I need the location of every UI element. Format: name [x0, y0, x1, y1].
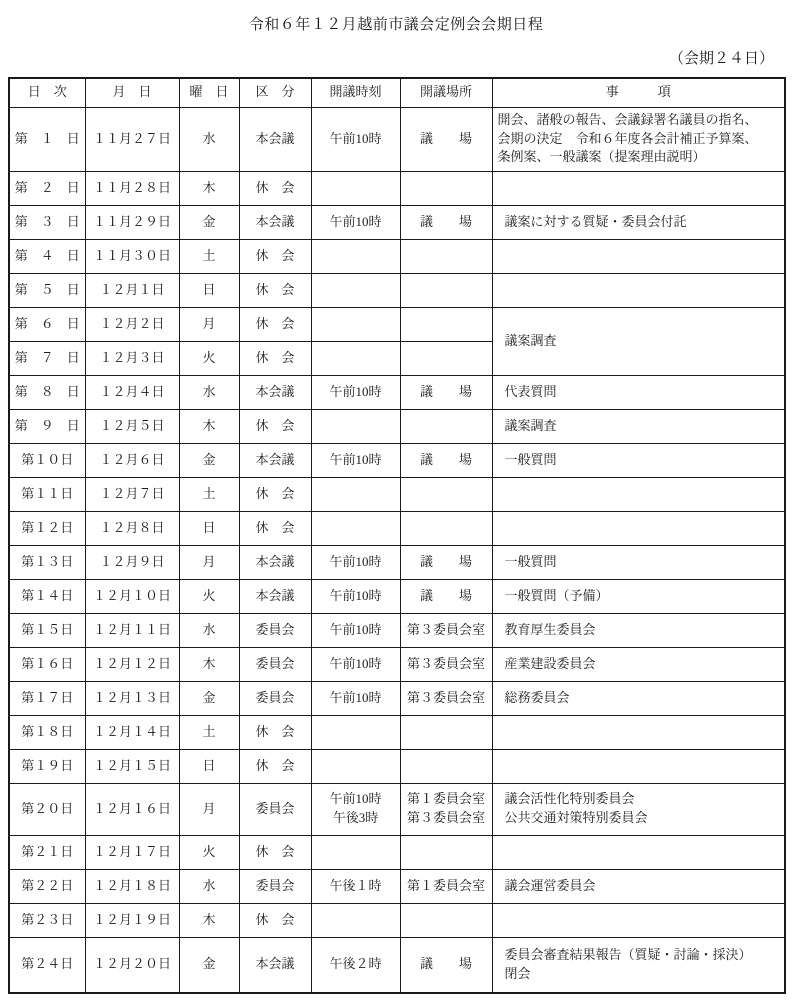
table-row: 第１１日１２月７日土休 会	[9, 477, 785, 511]
cell-place: 第１委員会室 第３委員会室	[400, 783, 492, 835]
session-length-note: （会期２４日）	[0, 47, 792, 68]
cell-day: 第１２日	[9, 511, 85, 545]
cell-place: 議 場	[400, 937, 492, 993]
cell-date: １２月４日	[85, 375, 179, 409]
cell-category: 休 会	[239, 903, 311, 937]
cell-agenda: 産業建設委員会	[492, 647, 785, 681]
cell-day: 第１１日	[9, 477, 85, 511]
cell-category: 休 会	[239, 749, 311, 783]
cell-day: 第１７日	[9, 681, 85, 715]
column-header-category: 区 分	[239, 78, 311, 107]
cell-day: 第 ４ 日	[9, 239, 85, 273]
cell-time: 午前10時	[311, 579, 400, 613]
cell-agenda	[492, 171, 785, 205]
cell-weekday: 日	[179, 273, 239, 307]
cell-weekday: 月	[179, 307, 239, 341]
cell-category: 本会議	[239, 937, 311, 993]
cell-place	[400, 239, 492, 273]
cell-weekday: 水	[179, 869, 239, 903]
cell-time	[311, 511, 400, 545]
cell-place	[400, 749, 492, 783]
table-row: 第１３日１２月９日月本会議午前10時議 場一般質問	[9, 545, 785, 579]
cell-day: 第 ３ 日	[9, 205, 85, 239]
cell-category: 本会議	[239, 443, 311, 477]
cell-day: 第 ８ 日	[9, 375, 85, 409]
cell-weekday: 日	[179, 749, 239, 783]
cell-date: １２月５日	[85, 409, 179, 443]
table-row: 第１６日１２月１２日木委員会午前10時第３委員会室産業建設委員会	[9, 647, 785, 681]
cell-day: 第 ７ 日	[9, 341, 85, 375]
cell-weekday: 火	[179, 579, 239, 613]
cell-weekday: 金	[179, 205, 239, 239]
cell-category: 休 会	[239, 835, 311, 869]
cell-day: 第１０日	[9, 443, 85, 477]
cell-agenda	[492, 239, 785, 273]
cell-weekday: 金	[179, 937, 239, 993]
table-row: 第 １ 日１１月２７日水本会議午前10時議 場開会、諸般の報告、会議録署名議員の…	[9, 107, 785, 171]
cell-place: 議 場	[400, 579, 492, 613]
cell-day: 第１６日	[9, 647, 85, 681]
table-row: 第１４日１２月１０日火本会議午前10時議 場一般質問（予備）	[9, 579, 785, 613]
cell-time: 午前10時	[311, 681, 400, 715]
cell-date: １１月２７日	[85, 107, 179, 171]
cell-weekday: 火	[179, 835, 239, 869]
table-row: 第１５日１２月１１日水委員会午前10時第３委員会室教育厚生委員会	[9, 613, 785, 647]
cell-category: 委員会	[239, 681, 311, 715]
cell-weekday: 水	[179, 375, 239, 409]
cell-day: 第２２日	[9, 869, 85, 903]
table-row: 第 ５ 日１２月１日日休 会	[9, 273, 785, 307]
cell-weekday: 日	[179, 511, 239, 545]
cell-place	[400, 903, 492, 937]
cell-category: 休 会	[239, 477, 311, 511]
cell-day: 第２３日	[9, 903, 85, 937]
page-title: 令和６年１２月越前市議会定例会会期日程	[0, 0, 792, 34]
cell-time	[311, 409, 400, 443]
cell-agenda: 議会運営委員会	[492, 869, 785, 903]
cell-agenda	[492, 273, 785, 307]
table-row: 第 ４ 日１１月３０日土休 会	[9, 239, 785, 273]
cell-weekday: 木	[179, 903, 239, 937]
cell-place	[400, 715, 492, 749]
cell-time	[311, 749, 400, 783]
cell-place: 第３委員会室	[400, 613, 492, 647]
cell-date: １２月３日	[85, 341, 179, 375]
table-row: 第２３日１２月１９日木休 会	[9, 903, 785, 937]
cell-weekday: 水	[179, 107, 239, 171]
cell-agenda: 議会活性化特別委員会 公共交通対策特別委員会	[492, 783, 785, 835]
cell-weekday: 金	[179, 443, 239, 477]
cell-place: 議 場	[400, 545, 492, 579]
cell-day: 第 ２ 日	[9, 171, 85, 205]
cell-agenda: 一般質問	[492, 443, 785, 477]
cell-category: 委員会	[239, 613, 311, 647]
cell-day: 第１３日	[9, 545, 85, 579]
column-header-weekday: 曜 日	[179, 78, 239, 107]
cell-date: １２月１８日	[85, 869, 179, 903]
cell-day: 第 ６ 日	[9, 307, 85, 341]
cell-category: 委員会	[239, 869, 311, 903]
cell-time: 午前10時 午後3時	[311, 783, 400, 835]
cell-place	[400, 511, 492, 545]
cell-category: 休 会	[239, 511, 311, 545]
cell-weekday: 木	[179, 647, 239, 681]
table-row: 第 ３ 日１１月２９日金本会議午前10時議 場議案に対する質疑・委員会付託	[9, 205, 785, 239]
table-header-row: 日 次 月 日 曜 日 区 分 開議時刻 開議場所 事 項	[9, 78, 785, 107]
cell-time: 午前10時	[311, 613, 400, 647]
table-row: 第１０日１２月６日金本会議午前10時議 場一般質問	[9, 443, 785, 477]
table-row: 第１２日１２月８日日休 会	[9, 511, 785, 545]
cell-weekday: 土	[179, 715, 239, 749]
cell-weekday: 木	[179, 409, 239, 443]
cell-category: 本会議	[239, 107, 311, 171]
cell-day: 第 ５ 日	[9, 273, 85, 307]
cell-time: 午後２時	[311, 937, 400, 993]
cell-weekday: 月	[179, 545, 239, 579]
cell-day: 第 ９ 日	[9, 409, 85, 443]
cell-time	[311, 341, 400, 375]
cell-agenda: 一般質問	[492, 545, 785, 579]
session-schedule-table: 日 次 月 日 曜 日 区 分 開議時刻 開議場所 事 項 第 １ 日１１月２７…	[8, 77, 786, 994]
cell-day: 第２１日	[9, 835, 85, 869]
cell-time: 午前10時	[311, 107, 400, 171]
column-header-date: 月 日	[85, 78, 179, 107]
cell-time	[311, 903, 400, 937]
cell-agenda: 議案に対する質疑・委員会付託	[492, 205, 785, 239]
cell-date: １２月１６日	[85, 783, 179, 835]
cell-agenda	[492, 749, 785, 783]
cell-date: １２月９日	[85, 545, 179, 579]
table-row: 第１８日１２月１４日土休 会	[9, 715, 785, 749]
cell-time	[311, 307, 400, 341]
cell-weekday: 土	[179, 239, 239, 273]
cell-date: １２月１４日	[85, 715, 179, 749]
column-header-agenda: 事 項	[492, 78, 785, 107]
cell-day: 第１８日	[9, 715, 85, 749]
cell-place	[400, 477, 492, 511]
cell-weekday: 金	[179, 681, 239, 715]
cell-agenda: 総務委員会	[492, 681, 785, 715]
cell-weekday: 木	[179, 171, 239, 205]
cell-time: 午前10時	[311, 443, 400, 477]
cell-day: 第２４日	[9, 937, 85, 993]
cell-date: １２月１０日	[85, 579, 179, 613]
cell-date: １２月１１日	[85, 613, 179, 647]
cell-day: 第２０日	[9, 783, 85, 835]
cell-agenda	[492, 903, 785, 937]
cell-date: １２月６日	[85, 443, 179, 477]
cell-place: 第３委員会室	[400, 647, 492, 681]
table-row: 第２１日１２月１７日火休 会	[9, 835, 785, 869]
cell-agenda: 委員会審査結果報告（質疑・討論・採決） 閉会	[492, 937, 785, 993]
cell-time	[311, 477, 400, 511]
cell-place: 議 場	[400, 107, 492, 171]
cell-place: 第３委員会室	[400, 681, 492, 715]
cell-time	[311, 171, 400, 205]
cell-date: １１月２９日	[85, 205, 179, 239]
cell-category: 休 会	[239, 307, 311, 341]
table-row: 第２２日１２月１８日水委員会午後１時第１委員会室議会運営委員会	[9, 869, 785, 903]
cell-category: 休 会	[239, 239, 311, 273]
cell-agenda	[492, 835, 785, 869]
cell-agenda: 議案調査	[492, 409, 785, 443]
schedule-table-body: 第 １ 日１１月２７日水本会議午前10時議 場開会、諸般の報告、会議録署名議員の…	[9, 107, 785, 993]
cell-agenda: 一般質問（予備）	[492, 579, 785, 613]
cell-category: 委員会	[239, 783, 311, 835]
cell-category: 本会議	[239, 579, 311, 613]
cell-agenda: 代表質問	[492, 375, 785, 409]
table-row: 第 ８ 日１２月４日水本会議午前10時議 場代表質問	[9, 375, 785, 409]
cell-date: １１月３０日	[85, 239, 179, 273]
cell-agenda	[492, 715, 785, 749]
cell-date: １２月２日	[85, 307, 179, 341]
cell-agenda: 議案調査	[492, 307, 785, 375]
cell-time: 午前10時	[311, 205, 400, 239]
cell-time: 午前10時	[311, 647, 400, 681]
cell-category: 本会議	[239, 375, 311, 409]
cell-place: 第１委員会室	[400, 869, 492, 903]
cell-category: 委員会	[239, 647, 311, 681]
cell-category: 休 会	[239, 715, 311, 749]
cell-date: １１月２８日	[85, 171, 179, 205]
cell-time: 午前10時	[311, 375, 400, 409]
cell-time: 午前10時	[311, 545, 400, 579]
cell-date: １２月２０日	[85, 937, 179, 993]
cell-time	[311, 273, 400, 307]
table-row: 第 ６ 日１２月２日月休 会議案調査	[9, 307, 785, 341]
cell-date: １２月１日	[85, 273, 179, 307]
cell-agenda: 開会、諸般の報告、会議録署名議員の指名、 会期の決定 令和６年度各会計補正予算案…	[492, 107, 785, 171]
cell-time	[311, 715, 400, 749]
cell-day: 第１９日	[9, 749, 85, 783]
column-header-time: 開議時刻	[311, 78, 400, 107]
cell-date: １２月１２日	[85, 647, 179, 681]
table-row: 第１９日１２月１５日日休 会	[9, 749, 785, 783]
cell-place: 議 場	[400, 375, 492, 409]
cell-category: 休 会	[239, 171, 311, 205]
cell-date: １２月１７日	[85, 835, 179, 869]
cell-place	[400, 835, 492, 869]
cell-agenda	[492, 477, 785, 511]
cell-date: １２月７日	[85, 477, 179, 511]
column-header-day: 日 次	[9, 78, 85, 107]
cell-day: 第 １ 日	[9, 107, 85, 171]
cell-agenda: 教育厚生委員会	[492, 613, 785, 647]
cell-date: １２月８日	[85, 511, 179, 545]
table-row: 第１７日１２月１３日金委員会午前10時第３委員会室総務委員会	[9, 681, 785, 715]
cell-date: １２月１９日	[85, 903, 179, 937]
cell-place	[400, 273, 492, 307]
cell-date: １２月１３日	[85, 681, 179, 715]
table-row: 第 ２ 日１１月２８日木休 会	[9, 171, 785, 205]
cell-place	[400, 341, 492, 375]
table-row: 第 ９ 日１２月５日木休 会議案調査	[9, 409, 785, 443]
cell-date: １２月１５日	[85, 749, 179, 783]
cell-category: 休 会	[239, 273, 311, 307]
table-row: 第２４日１２月２０日金本会議午後２時議 場委員会審査結果報告（質疑・討論・採決）…	[9, 937, 785, 993]
table-row: 第２０日１２月１６日月委員会午前10時 午後3時第１委員会室 第３委員会室議会活…	[9, 783, 785, 835]
cell-place: 議 場	[400, 205, 492, 239]
cell-agenda	[492, 511, 785, 545]
cell-weekday: 土	[179, 477, 239, 511]
cell-category: 本会議	[239, 205, 311, 239]
cell-time: 午後１時	[311, 869, 400, 903]
cell-day: 第１５日	[9, 613, 85, 647]
cell-day: 第１４日	[9, 579, 85, 613]
cell-weekday: 月	[179, 783, 239, 835]
cell-place	[400, 307, 492, 341]
cell-place	[400, 409, 492, 443]
cell-time	[311, 239, 400, 273]
cell-place: 議 場	[400, 443, 492, 477]
cell-category: 休 会	[239, 409, 311, 443]
cell-place	[400, 171, 492, 205]
cell-category: 休 会	[239, 341, 311, 375]
cell-weekday: 水	[179, 613, 239, 647]
cell-time	[311, 835, 400, 869]
cell-category: 本会議	[239, 545, 311, 579]
column-header-place: 開議場所	[400, 78, 492, 107]
cell-weekday: 火	[179, 341, 239, 375]
